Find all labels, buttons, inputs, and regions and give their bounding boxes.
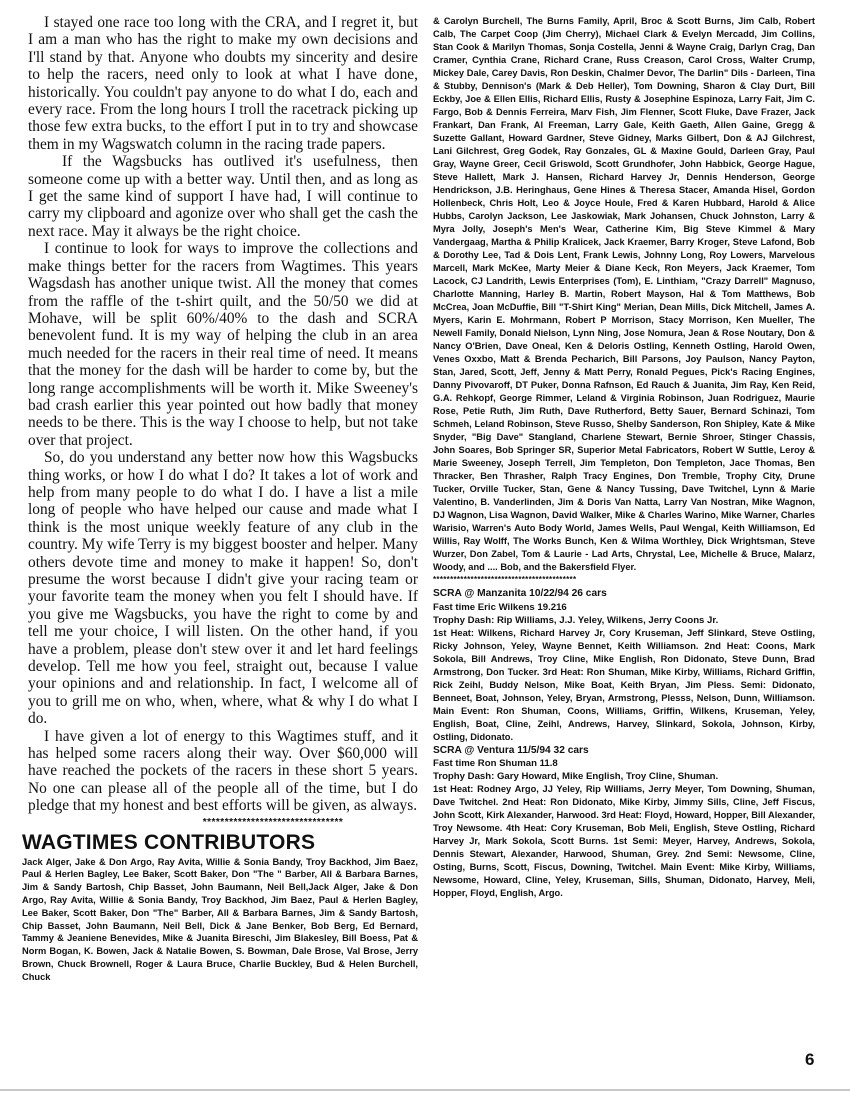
asterisk-separator: ****************************************… [433,574,815,585]
article-paragraph: So, do you understand any better now how… [28,449,418,728]
article-paragraph: I have given a lot of energy to this Wag… [28,728,418,815]
page-number: 6 [805,1050,814,1070]
race-trophy-dash: Trophy Dash: Gary Howard, Mike English, … [433,770,815,783]
race-results: 1st Heat: Wilkens, Richard Harvey Jr, Co… [433,627,815,744]
left-column: I stayed one race too long with the CRA,… [28,14,418,984]
asterisk-separator: ******************************** [128,818,418,828]
contributors-list-continued: & Carolyn Burchell, The Burns Family, Ap… [433,15,815,574]
article-paragraph: I stayed one race too long with the CRA,… [28,14,418,153]
article-paragraph: If the Wagsbucks has outlived it's usefu… [28,153,418,240]
page-bottom-edge [0,1089,850,1091]
race-heading: SCRA @ Manzanita 10/22/94 26 cars [433,587,815,601]
race-fast-time: Fast time Eric Wilkens 19.216 [433,601,815,614]
section-heading-contributors: WAGTIMES CONTRIBUTORS [22,832,418,854]
race-fast-time: Fast time Ron Shuman 11.8 [433,757,815,770]
race-results: 1st Heat: Rodney Argo, JJ Yeley, Rip Wil… [433,783,815,900]
contributors-list: Jack Alger, Jake & Don Argo, Ray Avita, … [22,856,418,984]
article-paragraph: I continue to look for ways to improve t… [28,240,418,449]
race-trophy-dash: Trophy Dash: Rip Williams, J.J. Yeley, W… [433,614,815,627]
race-report-manzanita: SCRA @ Manzanita 10/22/94 26 cars Fast t… [433,587,815,744]
race-heading: SCRA @ Ventura 11/5/94 32 cars [433,744,815,758]
newsletter-page: I stayed one race too long with the CRA,… [0,0,850,1100]
right-column: & Carolyn Burchell, The Burns Family, Ap… [433,15,815,900]
race-report-ventura: SCRA @ Ventura 11/5/94 32 cars Fast time… [433,744,815,901]
